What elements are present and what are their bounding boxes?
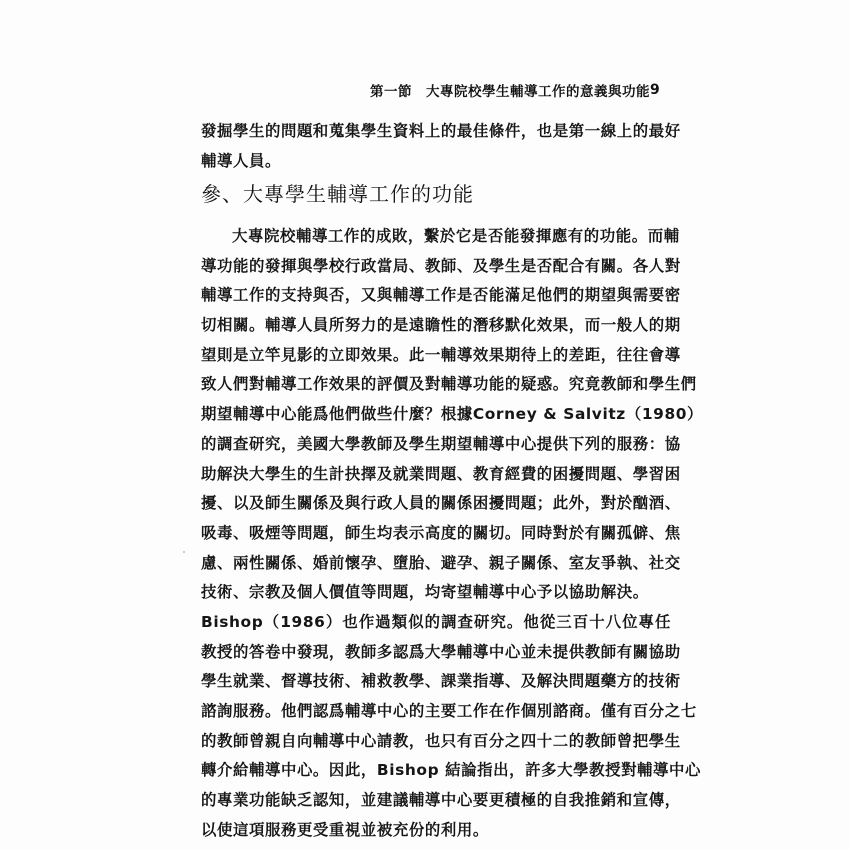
text-line: 助解決大學生的生計抉擇及就業問題、教育經費的困擾問題、學習困 [201, 460, 671, 490]
text-line: 吸毒、吸煙等問題，師生均表示高度的關切。同時對於有關孤僻、焦 [201, 519, 671, 549]
text-line: 轉介給輔導中心。因此，Bishop 結論指出，許多大學教授對輔導中心 [201, 756, 671, 786]
paragraph-1: 大專院校輔導工作的成敗，繫於它是否能發揮應有的功能。而輔 導功能的發揮與學校行政… [201, 222, 671, 608]
text-line: 的調查研究，美國大學教師及學生期望輔導中心提供下列的服務：協 [201, 430, 671, 460]
text-line: 期望輔導中心能爲他們做些什麼？根據Corney & Salvitz（1980） [201, 400, 671, 430]
text-line: 導功能的發揮與學校行政當局、教師、及學生是否配合有關。各人對 [201, 252, 671, 282]
text-line: 發掘學生的問題和蒐集學生資料上的最佳條件，也是第一線上的最好 [201, 117, 671, 147]
paragraph-2: Bishop（1986）也作過類似的調查研究。他從三百十八位專任 教授的答卷中發… [201, 608, 671, 846]
text-line: Bishop（1986）也作過類似的調查研究。他從三百十八位專任 [201, 608, 671, 638]
text-line: 擾、以及師生關係及與行政人員的關係困擾問題；此外，對於酗酒、 [201, 489, 671, 519]
text-line: 諮詢服務。他們認爲輔導中心的主要工作在作個別諮商。僅有百分之七 [201, 697, 671, 727]
text-line: 致人們對輔導工作效果的評價及對輔導功能的疑惑。究竟教師和學生們 [201, 370, 671, 400]
running-head-title: 大專院校學生輔導工作的意義與功能 [426, 80, 650, 100]
running-head-section: 第一節 [370, 80, 412, 100]
text-line: 輔導人員。 [201, 147, 671, 177]
section-heading: 參、大專學生輔導工作的功能 [201, 178, 474, 207]
running-head: 第一節 大專院校學生輔導工作的意義與功能 9 [370, 80, 660, 100]
text-line: 切相關。輔導人員所努力的是遠瞻性的潛移默化效果，而一般人的期 [201, 311, 671, 341]
scan-speck [419, 197, 421, 199]
text-line: 學生就業、督導技術、補救教學、課業指導、及解決問題藥方的技術 [201, 667, 671, 697]
page-number: 9 [650, 82, 660, 98]
text-line: 的專業功能缺乏認知，並建議輔導中心要更積極的自我推銷和宣傳， [201, 786, 671, 816]
continued-paragraph: 發掘學生的問題和蒐集學生資料上的最佳條件，也是第一線上的最好 輔導人員。 [201, 117, 671, 176]
text-line: 慮、兩性關係、婚前懷孕、墮胎、避孕、親子關係、室友爭執、社交 [201, 549, 671, 579]
book-page: 第一節 大專院校學生輔導工作的意義與功能 9 發掘學生的問題和蒐集學生資料上的最… [0, 0, 850, 850]
text-line: 輔導工作的支持與否，又與輔導工作是否能滿足他們的期望與需要密 [201, 281, 671, 311]
text-line: 教授的答卷中發現，教師多認爲大學輔導中心並未提供教師有關協助 [201, 638, 671, 668]
text-line: 望則是立竿見影的立即效果。此一輔導效果期待上的差距，往往會導 [201, 341, 671, 371]
text-line: 的教師曾親自向輔導中心請教，也只有百分之四十二的教師曾把學生 [201, 727, 671, 757]
text-line: 技術、宗教及個人價值等問題，均寄望輔導中心予以協助解決。 [201, 578, 671, 608]
text-line: 以使這項服務更受重視並被充份的利用。 [201, 816, 671, 846]
scan-speck [183, 551, 185, 553]
text-line: 大專院校輔導工作的成敗，繫於它是否能發揮應有的功能。而輔 [201, 222, 671, 252]
